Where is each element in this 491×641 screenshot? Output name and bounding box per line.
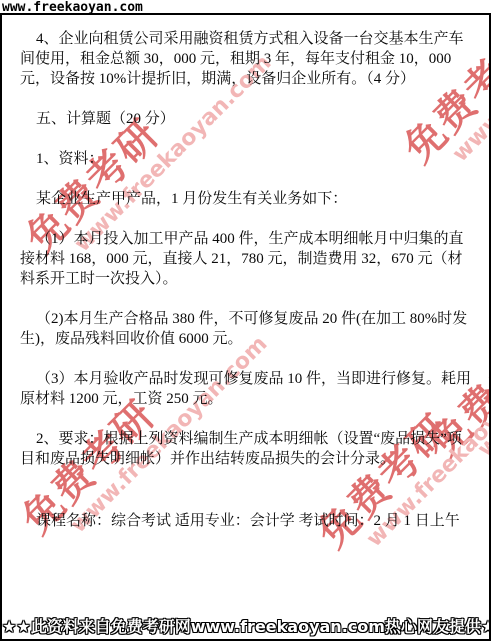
item-1-heading: 1、资料： (20, 149, 475, 169)
section-5-title: 五、计算题（20 分） (20, 109, 475, 129)
question-4: 4、企业向租赁公司采用融资租赁方式租入设备一台交基本生产车间使用，租金总额 30… (20, 29, 475, 89)
item-2-requirement: 2、要求：根据上列资料编制生产成本明细帐（设置“废品损失”项目和废品损失明细帐）… (20, 429, 475, 469)
footer-banner: ★★此资料来自免费考研网www.freekaoyan.com热心网友提供★★ (2, 614, 489, 637)
course-info-line: 课程名称：综合考试 适用专业：会计学 考试时间：2 月 1 日上午 (20, 511, 475, 531)
item-1-detail-2: （2)本月生产合格品 380 件，不可修复废品 20 件(在加工 80%时发生)… (20, 309, 475, 349)
intro-line: 某企业生产甲产品，1 月份发生有关业务如下： (20, 189, 475, 209)
exam-text-body: 4、企业向租赁公司采用融资租赁方式租入设备一台交基本生产车间使用，租金总额 30… (2, 15, 489, 531)
printed-url-header: www.freekaoyan.com (2, 0, 143, 15)
page-border-frame: 免费考研 www.freekaoyan.com 免费考研 www.freekao… (0, 13, 491, 641)
item-1-detail-1: （1）本月投入加工甲产品 400 件，生产成本明细帐月中归集的直接材料 168，… (20, 229, 475, 289)
item-1-detail-3: （3）本月验收产品时发现可修复废品 10 件，当即进行修复。耗用原材料 1200… (20, 369, 475, 409)
